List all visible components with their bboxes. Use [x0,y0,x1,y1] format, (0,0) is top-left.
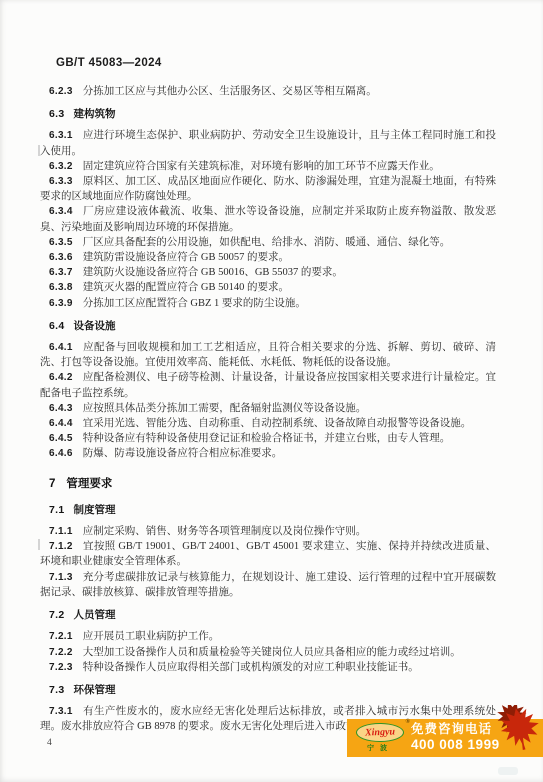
clause-number: 7.2.3 [49,662,73,673]
clause-text: 大型加工设备操作人员和质量检验等关键岗位人员应具备相应的能力或经过培训。 [83,647,461,658]
maple-leaf-icon [497,705,543,751]
clause-number: 7.1 [49,504,65,516]
clause-paragraph: 7.2.3特种设备操作人员应取得相关部门或机构颁发的对应工种职业技能证书。 [40,660,496,675]
promo-banner[interactable]: Xingyu ® 宁波 免费咨询电话 400 008 1999 [347,719,543,757]
clause-text: 宜按照 GB/T 19001、GB/T 24001、GB/T 45001 要求建… [40,541,496,567]
clause-text: 厂房应建设液体截流、收集、泄水等设备设施，应制定并采取防止废弃物溢散、散发恶臭、… [40,206,496,232]
clause-text: 特种设备操作人员应取得相关部门或机构颁发的对应工种职业技能证书。 [83,662,419,673]
clause-paragraph: 6.4.6防爆、防毒设施设备应符合相应标准要求。 [40,446,496,461]
clause-paragraph: 6.4.2应配备检测仪、电子磅等检测、计量设备，计量设备应按国家相关要求进行计量… [40,370,496,400]
clause-number: 6.3.9 [49,298,73,309]
clause-paragraph: 6.3.1应进行环境生态保护、职业病防护、劳动安全卫生设施设计，且与主体工程同时… [40,128,496,158]
document-body: 6.2.3分拣加工区应与其他办公区、生活服务区、交易区等相互隔离。6.3建构筑物… [40,84,496,735]
section-heading: 6.3建构筑物 [40,107,496,122]
clause-paragraph: 6.4.1应配备与回收规模和加工工艺相适应，且符合相关要求的分选、拆解、剪切、破… [40,340,496,370]
clause-number: 6.3.4 [49,206,73,217]
clause-number: 7.1.3 [49,572,73,583]
clause-number: 6.3 [49,108,65,120]
clause-number: 7.1.1 [49,526,73,537]
clause-text: 建构筑物 [74,108,116,120]
clause-text: 应开展员工职业病防护工作。 [83,631,220,642]
clause-text: 管理要求 [66,478,112,490]
clause-paragraph: 6.3.8建筑灭火器的配置应符合 GB 50140 的要求。 [40,280,496,295]
scan-artifact [498,767,518,775]
clause-number: 6.4.1 [49,342,73,353]
clause-text: 分拣加工区应配置符合 GBZ 1 要求的防尘设施。 [83,298,306,309]
clause-text: 分拣加工区应与其他办公区、生活服务区、交易区等相互隔离。 [83,86,377,97]
clause-paragraph: 6.3.5厂区应具备配套的公用设施，如供配电、给排水、消防、暖通、通信、绿化等。 [40,235,496,250]
section-heading: 7.1制度管理 [40,503,496,518]
clause-text: 应进行环境生态保护、职业病防护、劳动安全卫生设施设计，且与主体工程同时施工和投入… [40,130,496,156]
brand-logo-subtext: 宁波 [351,743,409,753]
clause-paragraph: 6.3.6建筑防雷设施设备应符合 GB 50057 的要求。 [40,250,496,265]
clause-text: 应配备与回收规模和加工工艺相适应，且符合相关要求的分选、拆解、剪切、破碎、清洗、… [40,342,496,368]
clause-text: 建筑灭火器的配置应符合 GB 50140 的要求。 [83,282,289,293]
scan-artifact [38,539,40,550]
brand-logo-script: Xingyu [365,726,395,738]
section-heading: 6.4设备设施 [40,319,496,334]
clause-number: 6.3.1 [49,130,73,141]
chapter-heading: 7管理要求 [40,477,496,492]
clause-text: 应制定采购、销售、财务等各项管理制度以及岗位操作守则。 [83,526,367,537]
clause-paragraph: 6.4.4宜采用光选、智能分选、自动称重、自动控制系统、设备故障自动报警等设备设… [40,416,496,431]
clause-paragraph: 7.1.1应制定采购、销售、财务等各项管理制度以及岗位操作守则。 [40,524,496,539]
clause-text: 宜采用光选、智能分选、自动称重、自动控制系统、设备故障自动报警等设备设施。 [83,418,472,429]
page-number: 4 [47,738,52,748]
clause-paragraph: 6.2.3分拣加工区应与其他办公区、生活服务区、交易区等相互隔离。 [40,84,496,99]
clause-number: 6.3.2 [49,161,73,172]
clause-paragraph: 7.2.1应开展员工职业病防护工作。 [40,629,496,644]
section-heading: 7.3环保管理 [40,683,496,698]
clause-number: 7.3.1 [49,706,73,717]
clause-number: 6.4.4 [49,418,73,429]
clause-paragraph: 6.3.9分拣加工区应配置符合 GBZ 1 要求的防尘设施。 [40,296,496,311]
clause-paragraph: 6.3.4厂房应建设液体截流、收集、泄水等设备设施，应制定并采取防止废弃物溢散、… [40,204,496,234]
clause-paragraph: 6.4.5特种设备应有特种设备使用登记证和检验合格证书，并建立台账，由专人管理。 [40,431,496,446]
clause-text: 原料区、加工区、成品区地面应作硬化、防水、防渗漏处理，宜建为混凝土地面，有特殊要… [40,176,496,202]
clause-number: 6.3.6 [49,252,73,263]
clause-number: 6.3.8 [49,282,73,293]
clause-number: 6.3.7 [49,267,73,278]
clause-text: 应配备检测仪、电子磅等检测、计量设备，计量设备应按国家相关要求进行计量检定。宜配… [40,372,496,398]
clause-text: 厂区应具备配套的公用设施，如供配电、给排水、消防、暖通、通信、绿化等。 [83,237,451,248]
scan-artifact [38,145,40,156]
clause-text: 制度管理 [74,504,116,516]
clause-number: 7.2 [49,609,65,621]
clause-text: 人员管理 [74,609,116,621]
clause-number: 6.2.3 [49,86,73,97]
brand-logo-oval: Xingyu ® [356,723,404,742]
standard-number-header: GB/T 45083—2024 [56,57,162,69]
clause-number: 7.1.2 [49,541,73,552]
clause-number: 6.4.5 [49,433,73,444]
clause-number: 6.4.3 [49,403,73,414]
clause-number: 7 [49,478,55,490]
clause-number: 7.2.2 [49,647,73,658]
clause-text: 固定建筑应符合国家有关建筑标准，对环境有影响的加工环节不应露天作业。 [83,161,440,172]
clause-text: 充分考虑碳排放记录与核算能力，在规划设计、施工建设、运行管理的过程中宜开展碳数据… [40,572,496,598]
clause-paragraph: 7.1.2宜按照 GB/T 19001、GB/T 24001、GB/T 4500… [40,539,496,569]
clause-number: 6.4 [49,320,65,332]
clause-number: 6.4.2 [49,372,73,383]
clause-text: 环保管理 [74,684,116,696]
clause-number: 6.3.5 [49,237,73,248]
clause-text: 设备设施 [74,320,116,332]
registered-mark-icon: ® [405,719,410,725]
clause-paragraph: 6.3.2固定建筑应符合国家有关建筑标准，对环境有影响的加工环节不应露天作业。 [40,159,496,174]
clause-paragraph: 7.1.3充分考虑碳排放记录与核算能力，在规划设计、施工建设、运行管理的过程中宜… [40,570,496,600]
clause-number: 6.4.6 [49,448,73,459]
clause-text: 建筑防雷设施设备应符合 GB 50057 的要求。 [83,252,289,263]
clause-paragraph: 6.4.3应按照具体品类分拣加工需要，配备辐射监测仪等设备设施。 [40,401,496,416]
clause-text: 应按照具体品类分拣加工需要，配备辐射监测仪等设备设施。 [83,403,367,414]
clause-number: 7.3 [49,684,65,696]
clause-number: 6.3.3 [49,176,73,187]
clause-paragraph: 6.3.3原料区、加工区、成品区地面应作硬化、防水、防渗漏处理，宜建为混凝土地面… [40,174,496,204]
clause-number: 7.2.1 [49,631,73,642]
section-heading: 7.2人员管理 [40,608,496,623]
clause-text: 建筑防火设施设备应符合 GB 50016、GB 55037 的要求。 [83,267,343,278]
clause-paragraph: 7.2.2大型加工设备操作人员和质量检验等关键岗位人员应具备相应的能力或经过培训… [40,645,496,660]
clause-text: 防爆、防毒设施设备应符合相应标准要求。 [83,448,283,459]
brand-logo: Xingyu ® 宁波 [351,723,409,753]
clause-paragraph: 6.3.7建筑防火设施设备应符合 GB 50016、GB 55037 的要求。 [40,265,496,280]
clause-text: 特种设备应有特种设备使用登记证和检验合格证书，并建立台账，由专人管理。 [83,433,451,444]
document-page: GB/T 45083—2024 6.2.3分拣加工区应与其他办公区、生活服务区、… [0,0,543,782]
